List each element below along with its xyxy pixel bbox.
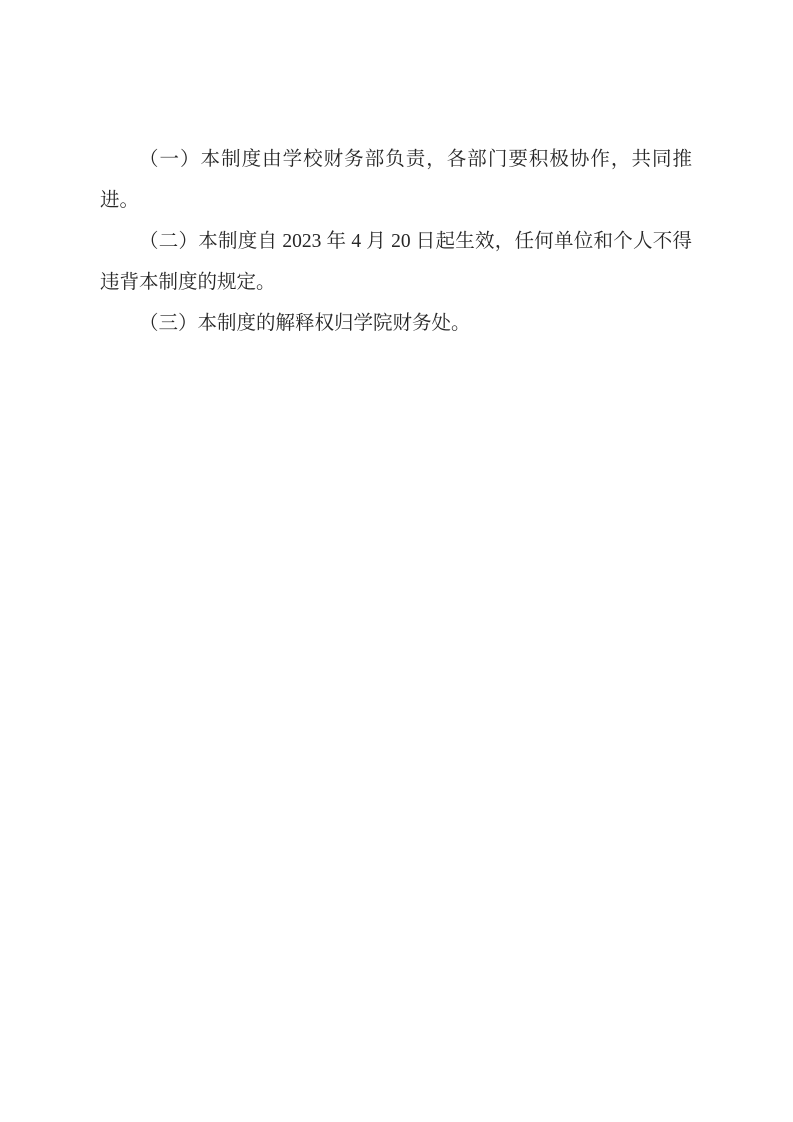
paragraph-item-2: （二）本制度自 2023 年 4 月 20 日起生效，任何单位和个人不得违背本制… <box>100 221 692 303</box>
paragraph-item-3: （三）本制度的解释权归学院财务处。 <box>100 303 692 344</box>
document-body-text: （一）本制度由学校财务部负责，各部门要积极协作，共同推进。 （二）本制度自 20… <box>100 139 692 344</box>
paragraph-item-1: （一）本制度由学校财务部负责，各部门要积极协作，共同推进。 <box>100 139 692 221</box>
document-page: （一）本制度由学校财务部负责，各部门要积极协作，共同推进。 （二）本制度自 20… <box>0 0 793 1122</box>
